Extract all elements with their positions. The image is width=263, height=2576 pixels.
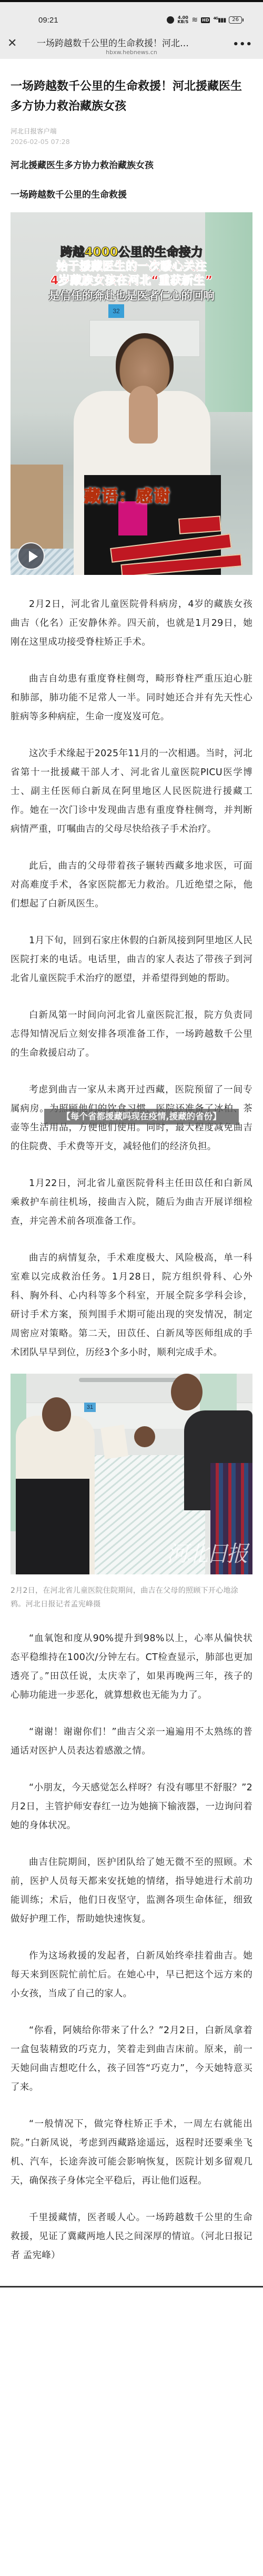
paragraph-group-b: 1月22日，河北省儿童医院骨科主任田苡任和白新凤乘救护车前往机场，接曲吉入院，随…	[11, 1174, 252, 1362]
alarm-icon	[167, 16, 174, 24]
screen-bottom-edge	[0, 2286, 263, 2288]
article-source[interactable]: 河北日报客户端	[11, 126, 252, 137]
article-paragraph: 曲吉住院期间，医护团队给了她无微不至的照顾。术前，医护人员每天都来安抚她的情绪，…	[11, 1853, 252, 1929]
article-paragraph: 曲吉自幼患有重度脊柱侧弯，畸形脊柱严重压迫心脏和肺部，肺功能不足常人一半。同时她…	[11, 669, 252, 726]
article: 一场跨越数千公里的生命救援！河北援藏医生多方协力救治藏族女孩 河北日报客户端 2…	[0, 77, 263, 2265]
photo-scene-mother-head	[171, 1374, 203, 1410]
page-title: 一场跨越数千公里的生命救援！河北…	[37, 36, 226, 49]
video-overlay-text: 跨越4000公里的生命接力 始于援藏医生的一次暖心关注 4岁藏族女孩在河北“重获…	[11, 245, 252, 304]
network-speed-unit: KB/S	[177, 19, 188, 24]
page-url: hbxw.hebnews.cn	[0, 49, 263, 56]
status-bar: 09:21 4.00 KB/S ≋ HD 4G▮▮▮ 26	[0, 13, 263, 28]
status-icons: 4.00 KB/S ≋ HD 4G▮▮▮ 26	[167, 16, 242, 24]
photo-watermark: 河北日报	[166, 1537, 246, 1568]
video-scene-praying-hands	[129, 386, 158, 444]
article-paragraph: “一般情况下，做完脊柱矫正手术，一周左右就能出院。”白新凤说，考虑到西藏路途遥远…	[11, 2115, 252, 2190]
photo-scene-drawing	[100, 1425, 128, 1459]
paragraph-group-a: 2月2日，河北省儿童医院骨科病房，4岁的藏族女孩曲吉（化名）正安静休养。四天前，…	[11, 595, 252, 1063]
video-overlay-line-2: 始于援藏医生的一次暖心关注	[11, 260, 252, 274]
status-time: 09:21	[38, 16, 58, 25]
article-paragraph: 作为这场救援的发起者，白新凤始终牵挂着曲吉。她每天来到医院忙前忙后。在她心中，早…	[11, 1946, 252, 2003]
network-speed: 4.00 KB/S	[177, 16, 188, 24]
article-paragraph: 千里援藏情，医者暖人心。一场跨越数千公里的生命救援，见证了冀藏两地人民之间深厚的…	[11, 2208, 252, 2265]
video-bed-number: 32	[108, 304, 124, 318]
battery-level: 26	[232, 17, 239, 23]
article-paragraph: “小朋友，今天感觉怎么样呀？有没有哪里不舒服？”2月2日，主管护师安春红一边为她…	[11, 1778, 252, 1835]
article-paragraph: 1月下旬，回到石家庄休假的白新凤接到阿里地区人民医院打来的电话。电话里，曲吉的家…	[11, 931, 252, 988]
photo-scene-girl	[134, 1426, 155, 1447]
photo-scene-father-head	[42, 1397, 71, 1431]
video-player[interactable]: 32 跨越4000公里的生命接力 始于援藏医生的一次暖心关注 4岁藏族女孩在河北…	[11, 212, 252, 575]
more-options-button[interactable]: •••	[232, 39, 252, 50]
video-overlay-line-3: 4岁藏族女孩在河北“重获新生”	[11, 274, 252, 288]
paragraph-with-ad: 考虑到曲吉一家从未离开过西藏，医院预留了一间专属病房。为照顾他们的饮食习惯，医院…	[11, 1080, 252, 1156]
video-overlay-line-1: 跨越4000公里的生命接力	[11, 245, 252, 260]
article-paragraph: 曲吉的病情复杂，手术难度极大、风险极高，单一科室难以完成救治任务。1月28日，院…	[11, 1249, 252, 1362]
photo-scene-father-robe	[16, 1479, 89, 1574]
article-paragraph: 白新凤第一时间向河北省儿童医院汇报，院方负责同志得知情况后立刻安排各项准备工作，…	[11, 1006, 252, 1063]
article-paragraph: “你看，阿姨给你带来了什么？”2月2日，白新凤拿着一盒包装精致的巧克力，笑着走到…	[11, 2021, 252, 2097]
video-overlay-line-4: 是信任的奔赴也是医者仁心的回响	[11, 288, 252, 304]
video-subtitle: 藏语：感谢	[84, 483, 171, 507]
article-paragraph: “谢谢！谢谢你们！”曲吉父亲一遍遍用不太熟练的普通话对医护人员表达着感激之情。	[11, 1723, 252, 1760]
article-paragraph: “血氧饱和度从90%提升到98%以上，心率从偏快状态平稳维持在100次/分钟左右…	[11, 1629, 252, 1705]
article-photo[interactable]: 31 河北日报	[11, 1374, 252, 1574]
article-subhead-2: 一场跨越数千公里的生命救援	[11, 187, 252, 203]
browser-header: 09:21 4.00 KB/S ≋ HD 4G▮▮▮ 26 ✕ 一场跨越数千公里…	[0, 2, 263, 59]
cellular-signal-icon: 4G▮▮▮	[213, 16, 226, 24]
video-scene-robe-band	[178, 516, 221, 534]
paragraph-group-c: “血氧饱和度从90%提升到98%以上，心率从偏快状态平稳维持在100次/分钟左右…	[11, 1629, 252, 2265]
wifi-icon: ≋	[191, 16, 198, 24]
article-date: 2026-02-05 07:28	[11, 137, 252, 147]
photo-bed-number: 31	[84, 1403, 96, 1412]
close-button[interactable]: ✕	[7, 38, 17, 49]
hd-icon: HD	[201, 17, 210, 23]
article-paragraph: 此后，曲吉的父母带着孩子辗转西藏多地求医，可面对高难度手术，各家医院都无力救治。…	[11, 857, 252, 913]
video-scene-bag	[11, 465, 63, 549]
photo-caption: 2月2日，在河北省儿童医院住院期间，曲吉在父母的照顾下开心地涂鸦。河北日报记者孟…	[11, 1584, 252, 1611]
article-paragraph: 2月2日，河北省儿童医院骨科病房，4岁的藏族女孩曲吉（化名）正安静休养。四天前，…	[11, 595, 252, 652]
battery-icon: 26	[229, 16, 242, 24]
article-paragraph: 这次手术缘起于2025年11月的一次相遇。当时，河北省第十一批援藏干部人才、河北…	[11, 744, 252, 839]
video-scene-curtain	[205, 212, 252, 412]
network-type: 4G	[213, 16, 218, 20]
article-headline: 一场跨越数千公里的生命救援！河北援藏医生多方协力救治藏族女孩	[11, 77, 252, 117]
article-paragraph: 1月22日，河北省儿童医院骨科主任田苡任和白新凤乘救护车前往机场，接曲吉入院，随…	[11, 1174, 252, 1231]
play-button-icon[interactable]	[17, 542, 45, 570]
article-subhead-1: 河北援藏医生多方协力救治藏族女孩	[11, 158, 252, 173]
ad-overlay-banner[interactable]: 【每个省都援藏吗现在疫情,援藏的省份】	[44, 1109, 239, 1125]
